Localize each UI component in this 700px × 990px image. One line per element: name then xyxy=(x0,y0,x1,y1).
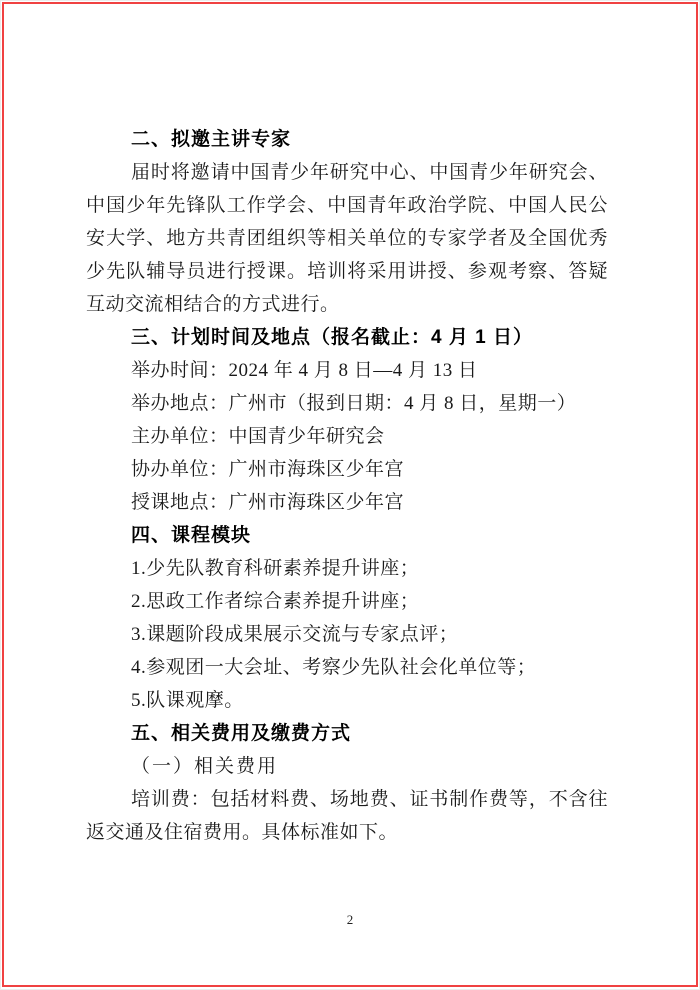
page-number: 2 xyxy=(0,912,700,928)
line-lecture-location: 授课地点：广州市海珠区少年宫 xyxy=(86,486,608,519)
paragraph-training-fee: 培训费：包括材料费、场地费、证书制作费等，不含往返交通及住宿费用。具体标准如下。 xyxy=(86,783,608,849)
document-content: 二、拟邀主讲专家 届时将邀请中国青少年研究中心、中国青少年研究会、中国少年先锋队… xyxy=(86,123,608,849)
line-module-2: 2.思政工作者综合素养提升讲座； xyxy=(86,585,608,618)
line-event-time: 举办时间：2024 年 4 月 8 日—4 月 13 日 xyxy=(86,354,608,387)
heading-section-3-time-place: 三、计划时间及地点（报名截止：4 月 1 日） xyxy=(86,321,608,354)
line-co-organizer: 协办单位：广州市海珠区少年宫 xyxy=(86,453,608,486)
line-event-location: 举办地点：广州市（报到日期：4 月 8 日，星期一） xyxy=(86,387,608,420)
line-host-organization: 主办单位：中国青少年研究会 xyxy=(86,420,608,453)
heading-section-2-speakers: 二、拟邀主讲专家 xyxy=(86,123,608,156)
line-module-3: 3.课题阶段成果展示交流与专家点评； xyxy=(86,618,608,651)
line-module-1: 1.少先队教育科研素养提升讲座； xyxy=(86,552,608,585)
line-module-4: 4.参观团一大会址、考察少先队社会化单位等； xyxy=(86,651,608,684)
document-page: { "page": { "number": "2" }, "colors": {… xyxy=(0,0,700,990)
heading-section-4-modules: 四、课程模块 xyxy=(86,519,608,552)
line-module-5: 5.队课观摩。 xyxy=(86,684,608,717)
heading-section-5-fees: 五、相关费用及缴费方式 xyxy=(86,717,608,750)
subheading-related-fees: （一）相关费用 xyxy=(86,750,608,783)
paragraph-invited-experts: 届时将邀请中国青少年研究中心、中国青少年研究会、中国少年先锋队工作学会、中国青年… xyxy=(86,156,608,321)
